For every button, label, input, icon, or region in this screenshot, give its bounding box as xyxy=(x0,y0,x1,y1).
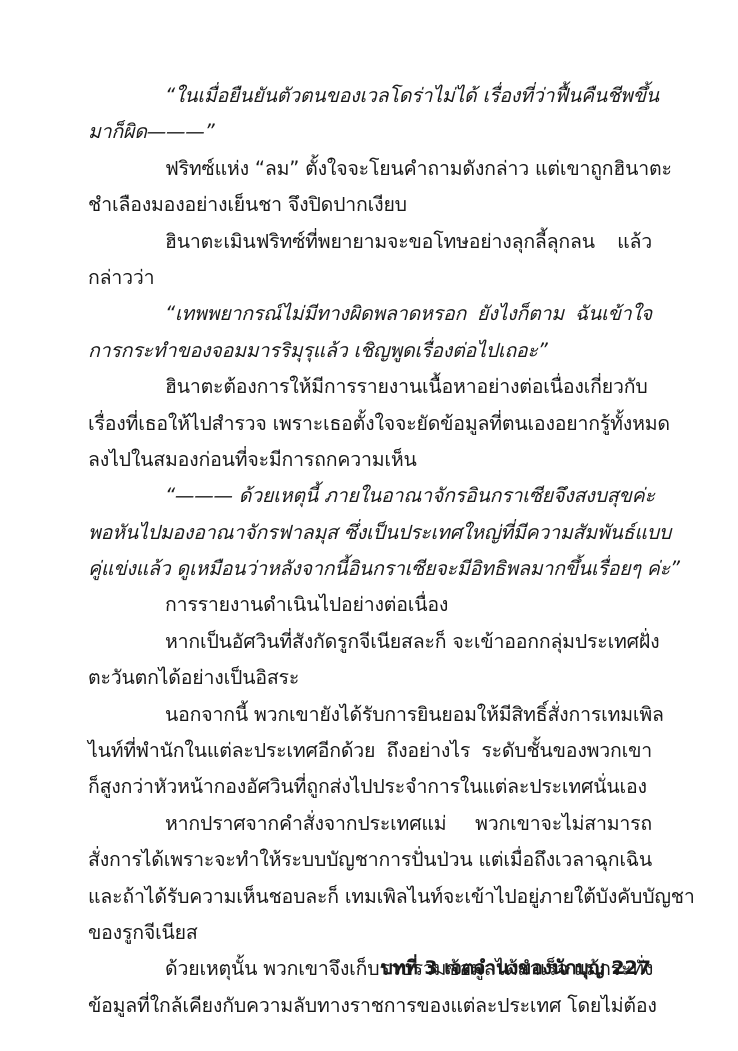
text-line: ของรูกจีเนียส xyxy=(88,915,652,951)
text-line: กล่าวว่า xyxy=(88,260,652,296)
text-line: ฟริทซ์แห่ง “ลม” ตั้งใจจะโยนคำถามดังกล่าว… xyxy=(88,151,652,187)
text-line: และถ้าได้รับความเห็นชอบละก็ เทมเพิลไนท์จ… xyxy=(88,879,652,915)
text-line: คู่แข่งแล้ว ดูเหมือนว่าหลังจากนี้อินกราเ… xyxy=(88,551,652,587)
text-line: ข้อมูลที่ใกล้เคียงกับความลับทางราชการของ… xyxy=(88,988,652,1024)
chapter-label: บทที่ 3 เจตจำนงของนักบุญ xyxy=(381,957,605,979)
text-line: ตะวันตกได้อย่างเป็นอิสระ xyxy=(88,660,652,696)
text-line: ฮินาตะต้องการให้มีการรายงานเนื้อหาอย่างต… xyxy=(88,369,652,405)
text-line: นอกจากนี้ พวกเขายังได้รับการยินยอมให้มีส… xyxy=(88,697,652,733)
body-text: “ในเมื่อยืนยันตัวตนของเวลโดร่าไม่ได้ เรื… xyxy=(88,78,652,1024)
text-line: “ในเมื่อยืนยันตัวตนของเวลโดร่าไม่ได้ เรื… xyxy=(88,78,652,114)
text-line: ชำเลืองมองอย่างเย็นชา จึงปิดปากเงียบ xyxy=(88,187,652,223)
text-line: พอหันไปมองอาณาจักรฟาลมุส ซึ่งเป็นประเทศใ… xyxy=(88,515,652,551)
page-number: 227 xyxy=(611,957,651,979)
text-line: เรื่องที่เธอให้ไปสำรวจ เพราะเธอตั้งใจจะย… xyxy=(88,406,652,442)
text-line: หากเป็นอัศวินที่สังกัดรูกจีเนียสละก็ จะเ… xyxy=(88,624,652,660)
page-footer: บทที่ 3 เจตจำนงของนักบุญ 227 xyxy=(381,950,651,986)
text-line: ไนท์ที่พำนักในแต่ละประเทศอีกด้วย ถึงอย่า… xyxy=(88,733,652,769)
text-line: ก็สูงกว่าหัวหน้ากองอัศวินที่ถูกส่งไปประจ… xyxy=(88,769,652,805)
text-line: “เทพพยากรณ์ไม่มีทางผิดพลาดหรอก ยังไงก็ตา… xyxy=(88,296,652,332)
text-line: “——— ด้วยเหตุนี้ ภายในอาณาจักรอินกราเซีย… xyxy=(88,478,652,514)
book-page: “ในเมื่อยืนยันตัวตนของเวลโดร่าไม่ได้ เรื… xyxy=(0,0,738,1051)
text-line: มาก็ผิด———” xyxy=(88,114,652,150)
text-line: สั่งการได้เพราะจะทำให้ระบบบัญชาการปั่นป่… xyxy=(88,842,652,878)
text-line: ฮินาตะเมินฟริทซ์ที่พยายามจะขอโทษอย่างลุก… xyxy=(88,224,652,260)
text-line: หากปราศจากคำสั่งจากประเทศแม่ พวกเขาจะไม่… xyxy=(88,806,652,842)
text-line: การกระทำของจอมมารริมุรุแล้ว เชิญพูดเรื่อ… xyxy=(88,333,652,369)
text-line: ลงไปในสมองก่อนที่จะมีการถกความเห็น xyxy=(88,442,652,478)
text-line: การรายงานดำเนินไปอย่างต่อเนื่อง xyxy=(88,587,652,623)
